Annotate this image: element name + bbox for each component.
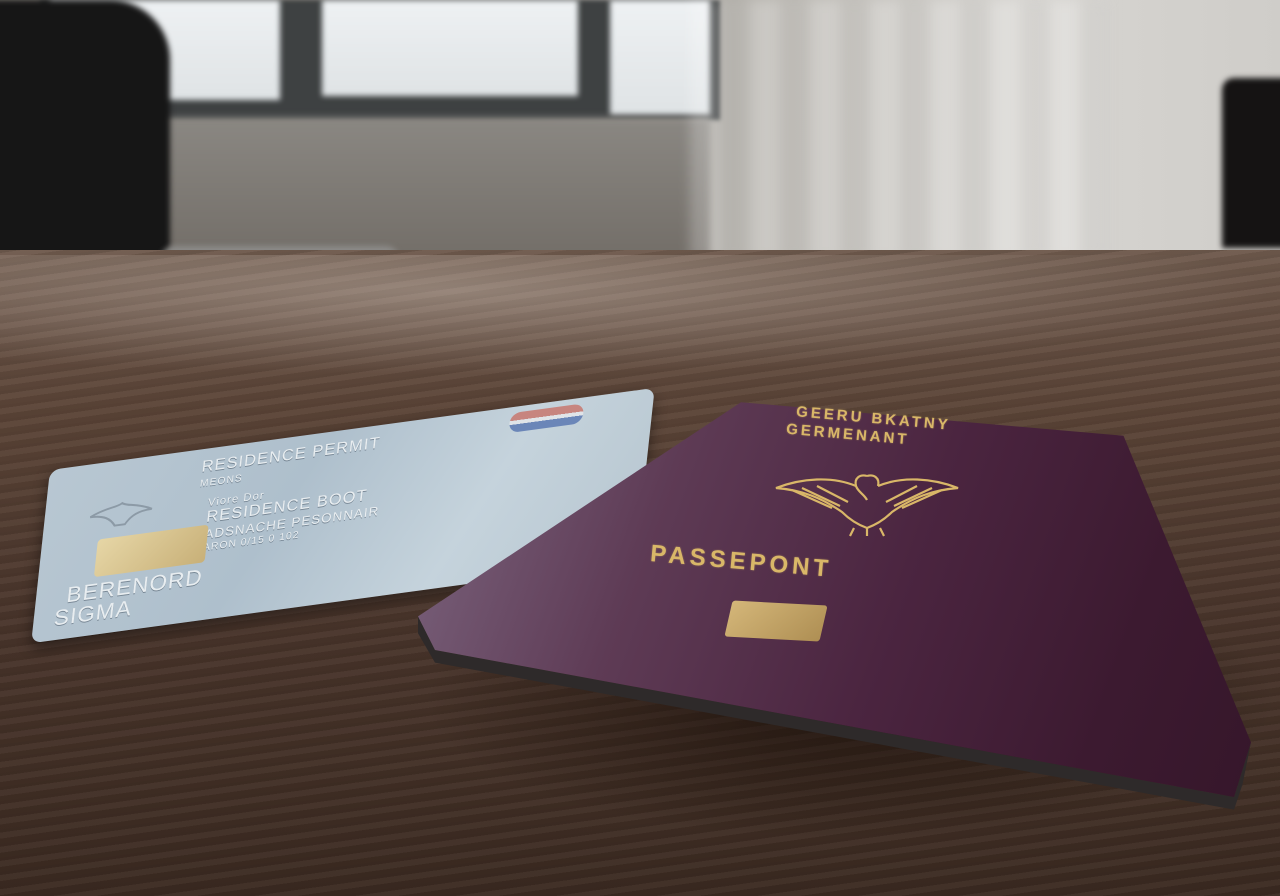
curtain: [690, 0, 1110, 260]
passport: GEERU BKATNY GERMENANT PASSEPONT: [418, 398, 1268, 818]
passport-cover: [418, 398, 1268, 818]
biometric-chip-icon: [724, 601, 827, 642]
window-pane: [322, 0, 578, 96]
chair-right: [1222, 78, 1280, 248]
table-glare: [0, 255, 1280, 375]
chair-left: [0, 0, 170, 290]
photo-scene: RESIDENCE PERMIT MEONS Viore Dor RESIDEN…: [0, 0, 1280, 896]
card-given-name: SIGMA: [53, 595, 134, 631]
eagle-emblem-icon: [772, 468, 962, 538]
eagle-emblem-icon: [83, 494, 158, 533]
